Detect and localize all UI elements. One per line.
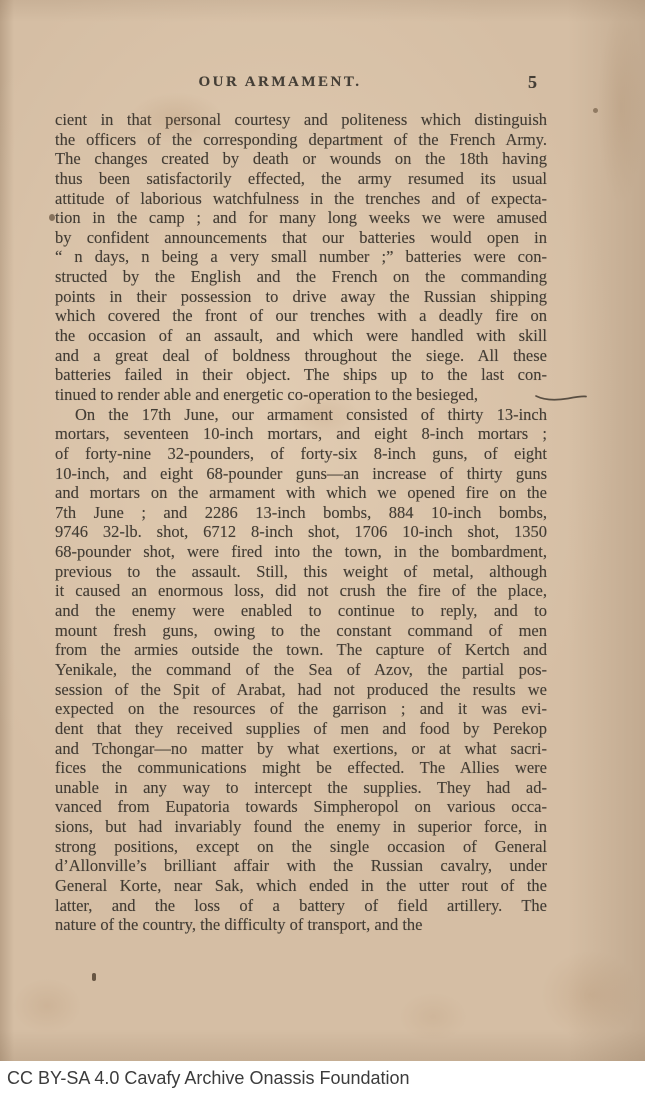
text-line: from the armies outside the town. The ca… — [55, 640, 547, 660]
text-line: points in their possession to drive away… — [55, 287, 547, 307]
text-line: dent that they received supplies of men … — [55, 719, 547, 739]
text-line: session of the Spit of Arabat, had not p… — [55, 680, 547, 700]
page-header: OUR ARMAMENT. 5 — [55, 74, 547, 98]
text-line: Yenikale, the command of the Sea of Azov… — [55, 660, 547, 680]
text-line: tion in the camp ; and for many long wee… — [55, 208, 547, 228]
paragraph: On the 17th June, our armament consisted… — [55, 405, 547, 935]
text-line: vanced from Eupatoria towards Simpheropo… — [55, 797, 547, 817]
text-line: 10-inch, and eight 68-pounder guns—an in… — [55, 464, 547, 484]
ink-speck — [593, 108, 598, 113]
text-line: strong positions, except on the single o… — [55, 837, 547, 857]
text-line: d’Allonville’s brilliant affair with the… — [55, 856, 547, 876]
text-line: The changes created by death or wounds o… — [55, 149, 547, 169]
body-text: cient in that personal courtesy and poli… — [55, 110, 547, 935]
text-line: 68-pounder shot, were fired into the tow… — [55, 542, 547, 562]
text-line: the officers of the corresponding depart… — [55, 130, 547, 150]
text-line: sions, but had invariably found the enem… — [55, 817, 547, 837]
text-line: and the enemy were enabled to continue t… — [55, 601, 547, 621]
text-line: “ n days, n being a very small number ;”… — [55, 247, 547, 267]
text-line: and a great deal of boldness throughout … — [55, 346, 547, 366]
text-line: thus been satisfactorily effected, the a… — [55, 169, 547, 189]
license-text: CC BY-SA 4.0 Cavafy Archive Onassis Foun… — [0, 1068, 410, 1089]
text-line: previous to the assault. Still, this wei… — [55, 562, 547, 582]
text-line: 9746 32-lb. shot, 6712 8-inch shot, 1706… — [55, 522, 547, 542]
text-line: by confident announcements that our batt… — [55, 228, 547, 248]
text-line: and mortars on the armament with which w… — [55, 483, 547, 503]
paper-stain — [12, 978, 82, 1034]
text-line: unable in any way to intercept the suppl… — [55, 778, 547, 798]
paper-stain — [398, 992, 468, 1042]
text-line: cient in that personal courtesy and poli… — [55, 110, 547, 130]
text-line: General Korte, near Sak, which ended in … — [55, 876, 547, 896]
running-title: OUR ARMAMENT. — [55, 74, 547, 91]
text-line: batteries failed in their object. The sh… — [55, 365, 547, 385]
text-line: of forty-nine 32-pounders, of forty-six … — [55, 444, 547, 464]
paper-stain — [540, 950, 640, 1040]
text-line: fices the communications might be effect… — [55, 758, 547, 778]
screenshot-viewport: OUR ARMAMENT. 5 cient in that personal c… — [0, 0, 645, 1096]
text-line: 7th June ; and 2286 13-inch bombs, 884 1… — [55, 503, 547, 523]
book-page-scan: OUR ARMAMENT. 5 cient in that personal c… — [0, 0, 645, 1061]
text-line: mortars, seventeen 10-inch mortars, and … — [55, 424, 547, 444]
text-line: which covered the front of our trenches … — [55, 306, 547, 326]
text-line: the occasion of an assault, and which we… — [55, 326, 547, 346]
license-bar: CC BY-SA 4.0 Cavafy Archive Onassis Foun… — [0, 1061, 645, 1096]
text-line: and Tchongar—no matter by what exertions… — [55, 739, 547, 759]
text-line: structed by the English and the French o… — [55, 267, 547, 287]
paragraph: cient in that personal courtesy and poli… — [55, 110, 547, 405]
text-line: expected on the resources of the garriso… — [55, 699, 547, 719]
text-line: nature of the country, the difficulty of… — [55, 915, 547, 935]
page-number: 5 — [528, 72, 537, 93]
text-line: On the 17th June, our armament consisted… — [55, 405, 547, 425]
text-line: attitude of laborious watchfulness in th… — [55, 189, 547, 209]
text-line: mount fresh guns, owing to the constant … — [55, 621, 547, 641]
text-line: latter, and the loss of a battery of fie… — [55, 896, 547, 916]
text-line: it caused an enormous loss, did not crus… — [55, 581, 547, 601]
paper-stain — [598, 12, 644, 202]
ink-speck — [92, 973, 96, 981]
text-line: tinued to render able and energetic co-o… — [55, 385, 547, 405]
